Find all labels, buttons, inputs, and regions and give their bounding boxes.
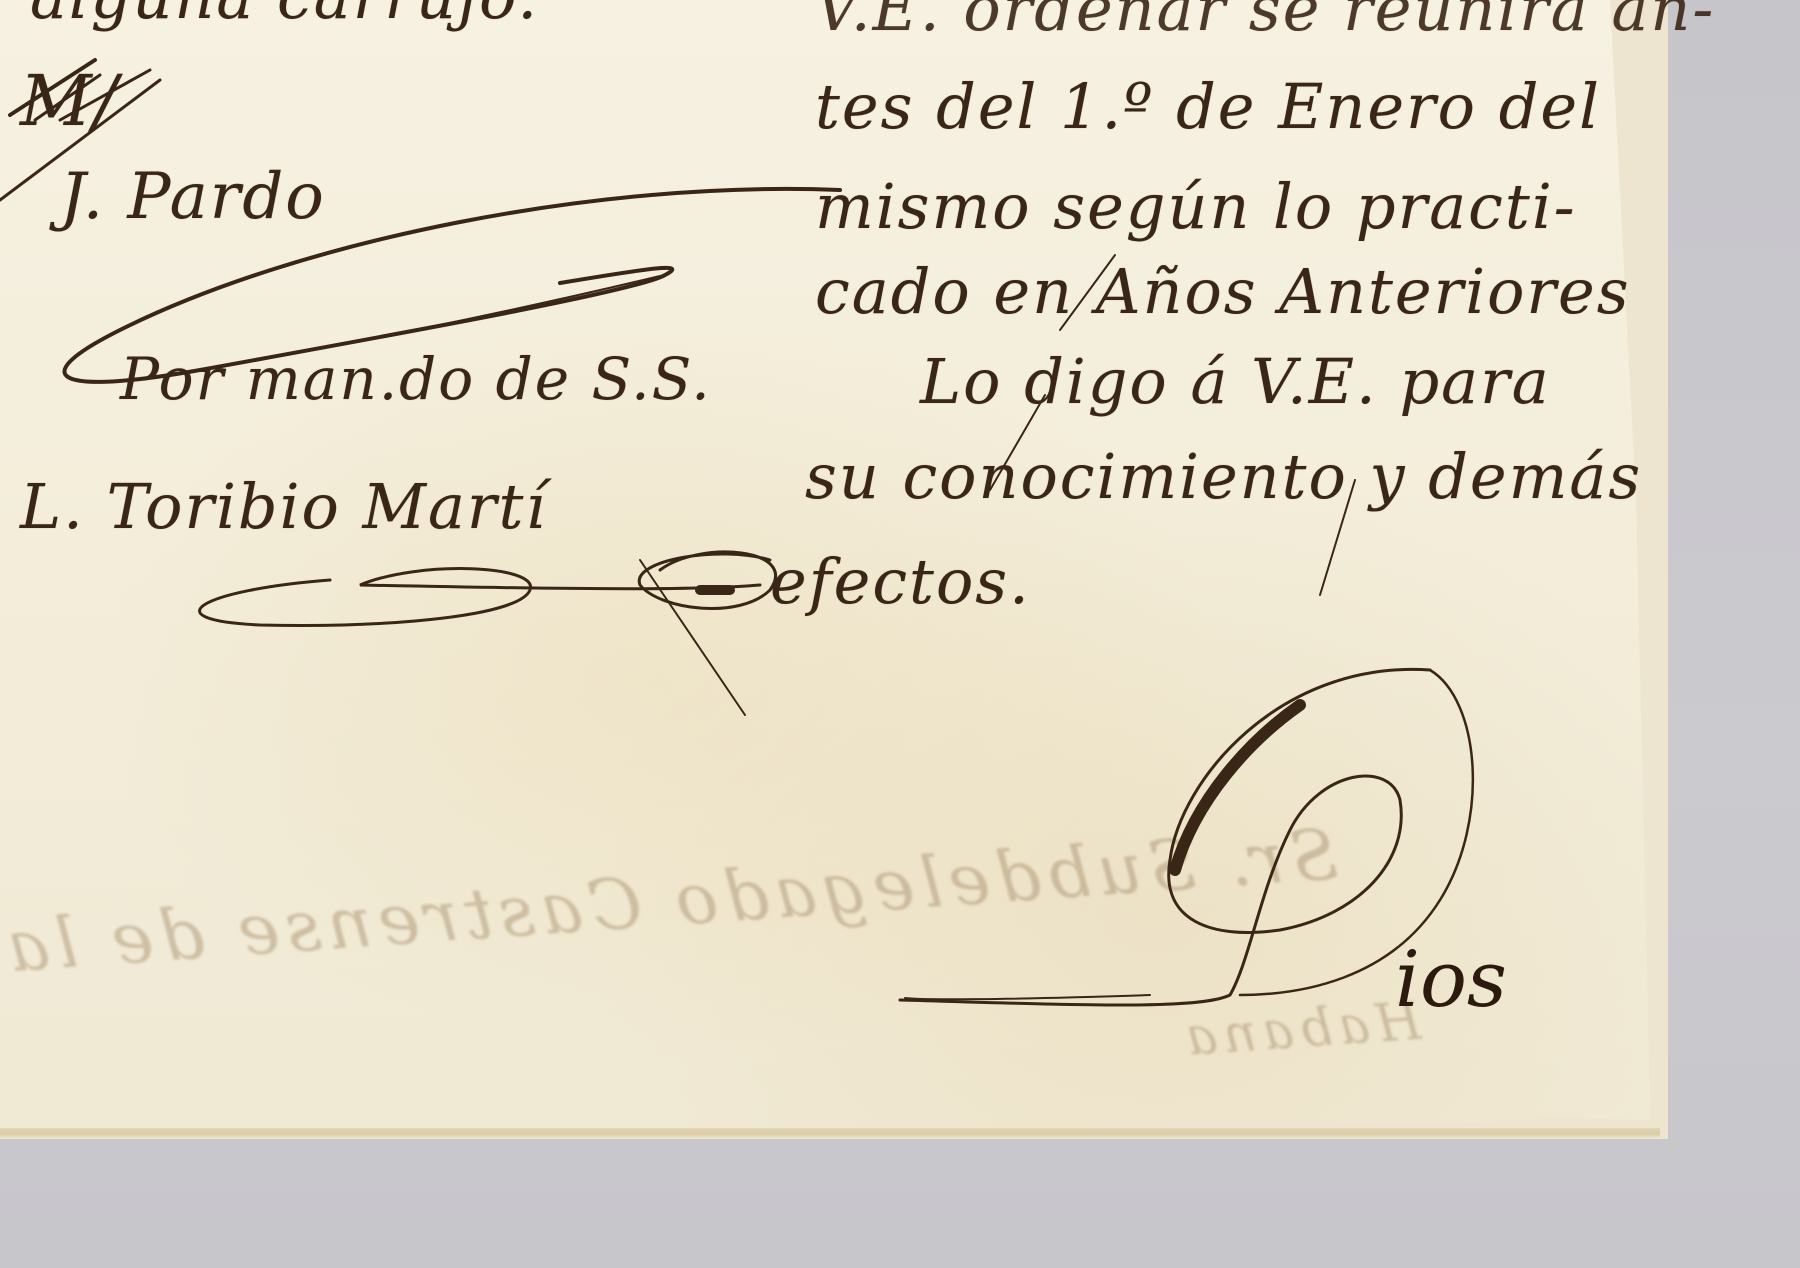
right-line-5: Lo digo á V.E. para bbox=[920, 345, 1551, 418]
partial-top-line-left: alguna carrujo. bbox=[30, 0, 539, 33]
closing-word-dios: ios bbox=[1395, 935, 1507, 1025]
signature-toribio-marti: L. Toribio Martí bbox=[20, 470, 547, 543]
initials: M/ bbox=[20, 60, 119, 142]
attestation-line: Por man.do de S.S. bbox=[120, 345, 712, 413]
paper-bottom-edge bbox=[0, 1128, 1660, 1138]
photo-background: Sr. Subdelegado Castrense de la Habana bbox=[0, 0, 1800, 1268]
right-line-7: efectos. bbox=[770, 545, 1031, 618]
right-line-6: su conocimiento y demás bbox=[805, 440, 1642, 513]
right-line-2: tes del 1.º de Enero del bbox=[815, 70, 1601, 143]
right-line-4: cado en Años Anteriores bbox=[815, 255, 1631, 328]
right-line-3: mismo según lo practi- bbox=[815, 170, 1577, 243]
right-line-1: V.E. ordenar se reunira an- bbox=[815, 0, 1715, 45]
signature-pardo: J. Pardo bbox=[60, 160, 326, 234]
